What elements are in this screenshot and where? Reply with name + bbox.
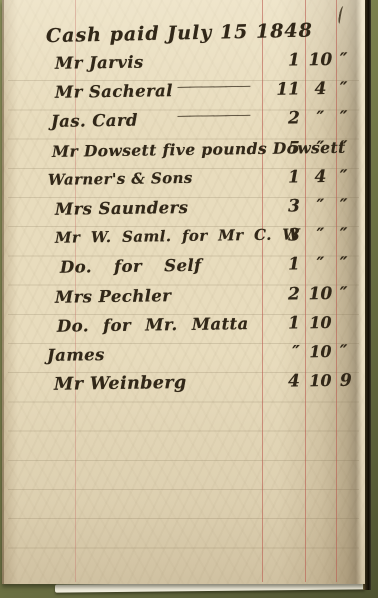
ledger-row: Jas. Card——————2″″ [2,106,365,140]
ledger-rows: Mr Jarvis110″Mr Sacheral——————114″Jas. C… [2,50,365,400]
fill-dash: —————— [177,78,249,95]
amount-pounds: 2 [264,109,300,130]
ledger-paper: Cash paid July 15 1848 Mr Jarvis110″Mr S… [2,0,365,584]
amount-pence: ″ [340,166,364,186]
amount-pounds: 1 [264,50,300,71]
amount-pence: 9 [340,371,364,391]
ledger-row: Mrs Pechler210″ [2,281,365,315]
payee-name: Warner's & Sons [48,169,193,189]
payee-name: Mrs Saunders [55,198,189,219]
amount-shillings: ″ [305,196,336,216]
amount-pence: ″ [340,283,364,303]
amount-shillings: ″ [305,254,336,274]
fill-dash: —————— [177,107,249,124]
amount-pounds: 1 [264,313,300,334]
amount-shillings: 10 [305,283,336,303]
ledger-row: Mr Weinberg4109 [2,369,365,403]
payee-name: Do. for Mr. Matta [57,314,249,336]
scanned-ledger-page: Cash paid July 15 1848 Mr Jarvis110″Mr S… [0,0,378,598]
amount-shillings: ″ [305,137,336,157]
payee-name: James [47,345,105,365]
payee-name: Mr Jarvis [55,53,144,73]
amount-shillings: 10 [305,342,336,361]
amount-pence: ″ [340,254,364,274]
amount-shillings: 4 [305,167,336,187]
amount-pounds: 1 [264,255,300,276]
amount-pounds: 4 [264,371,300,392]
amount-pence: ″ [340,225,364,245]
amount-pounds: 2 [264,284,300,305]
payee-name: Do. for Self [60,256,202,277]
amount-pounds: 3 [264,225,300,246]
amount-shillings: ″ [305,225,336,245]
ledger-row: Mr Dowsett five pounds Dowsett5″″ [2,135,365,169]
amount-shillings: 4 [305,79,336,99]
payee-name: Mr Weinberg [54,373,187,395]
amount-pence: ″ [340,79,364,99]
amount-shillings: 10 [305,50,336,70]
page-title: Cash paid July 15 1848 [46,19,346,47]
amount-pounds: 5 [264,138,300,159]
amount-pence: ″ [340,195,364,215]
amount-shillings: 10 [305,371,336,390]
amount-pounds: 1 [264,167,300,188]
payee-name: Mrs Pechler [55,286,172,307]
payee-name: Jas. Card [51,111,138,131]
payee-name: Mr Dowsett five pounds Dowsett [52,137,346,160]
ledger-row: Do. for Self1″″ [2,252,365,286]
amount-pounds: 11 [264,80,300,101]
amount-pence: ″ [340,341,364,361]
amount-pence: ″ [340,137,364,157]
payee-name: Mr Sacheral [55,81,173,102]
amount-pence: ″ [340,108,364,128]
amount-pounds: ″ [264,342,300,363]
amount-pence: ″ [340,49,364,69]
amount-shillings: ″ [305,108,336,128]
amount-pounds: 3 [264,196,300,217]
amount-shillings: 10 [305,313,336,332]
